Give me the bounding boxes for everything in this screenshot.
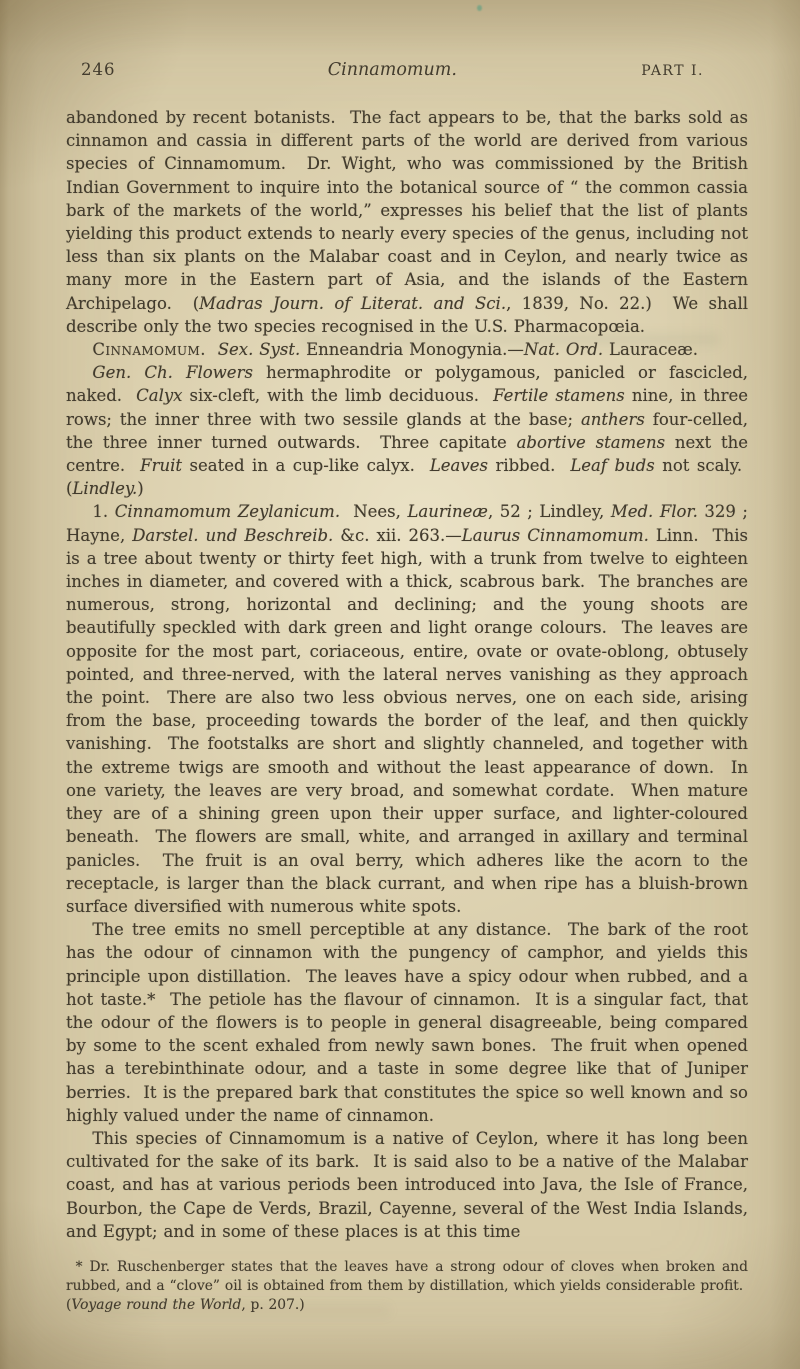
- paragraph: abandoned by recent botanists. The fact …: [66, 106, 748, 338]
- footnote: * Dr. Ruschenberger states that the leav…: [66, 1258, 748, 1315]
- paragraph: 1. Cinnamomum Zeylanicum. Nees, Laurineæ…: [66, 500, 748, 918]
- paragraph: The tree emits no smell perceptible at a…: [66, 918, 748, 1127]
- page-header: 246 Cinnamomum. PART I.: [66, 60, 748, 81]
- paper-speck: [477, 5, 482, 11]
- paragraph: Gen. Ch. Flowers hermaphrodite or polyga…: [66, 361, 748, 500]
- book-page: 246 Cinnamomum. PART I. abandoned by rec…: [0, 0, 800, 1369]
- page-number: 246: [81, 60, 116, 80]
- paragraph: Cinnamomum. Sex. Syst. Enneandria Monogy…: [66, 338, 748, 361]
- paragraph: This species of Cinnamomum is a native o…: [66, 1127, 748, 1243]
- running-title: Cinnamomum.: [328, 60, 457, 80]
- paragraph: * Dr. Ruschenberger states that the leav…: [66, 1258, 748, 1315]
- part-label: PART I.: [641, 61, 704, 81]
- text-block: 246 Cinnamomum. PART I. abandoned by rec…: [66, 60, 748, 1315]
- page-text: abandoned by recent botanists. The fact …: [66, 106, 748, 1243]
